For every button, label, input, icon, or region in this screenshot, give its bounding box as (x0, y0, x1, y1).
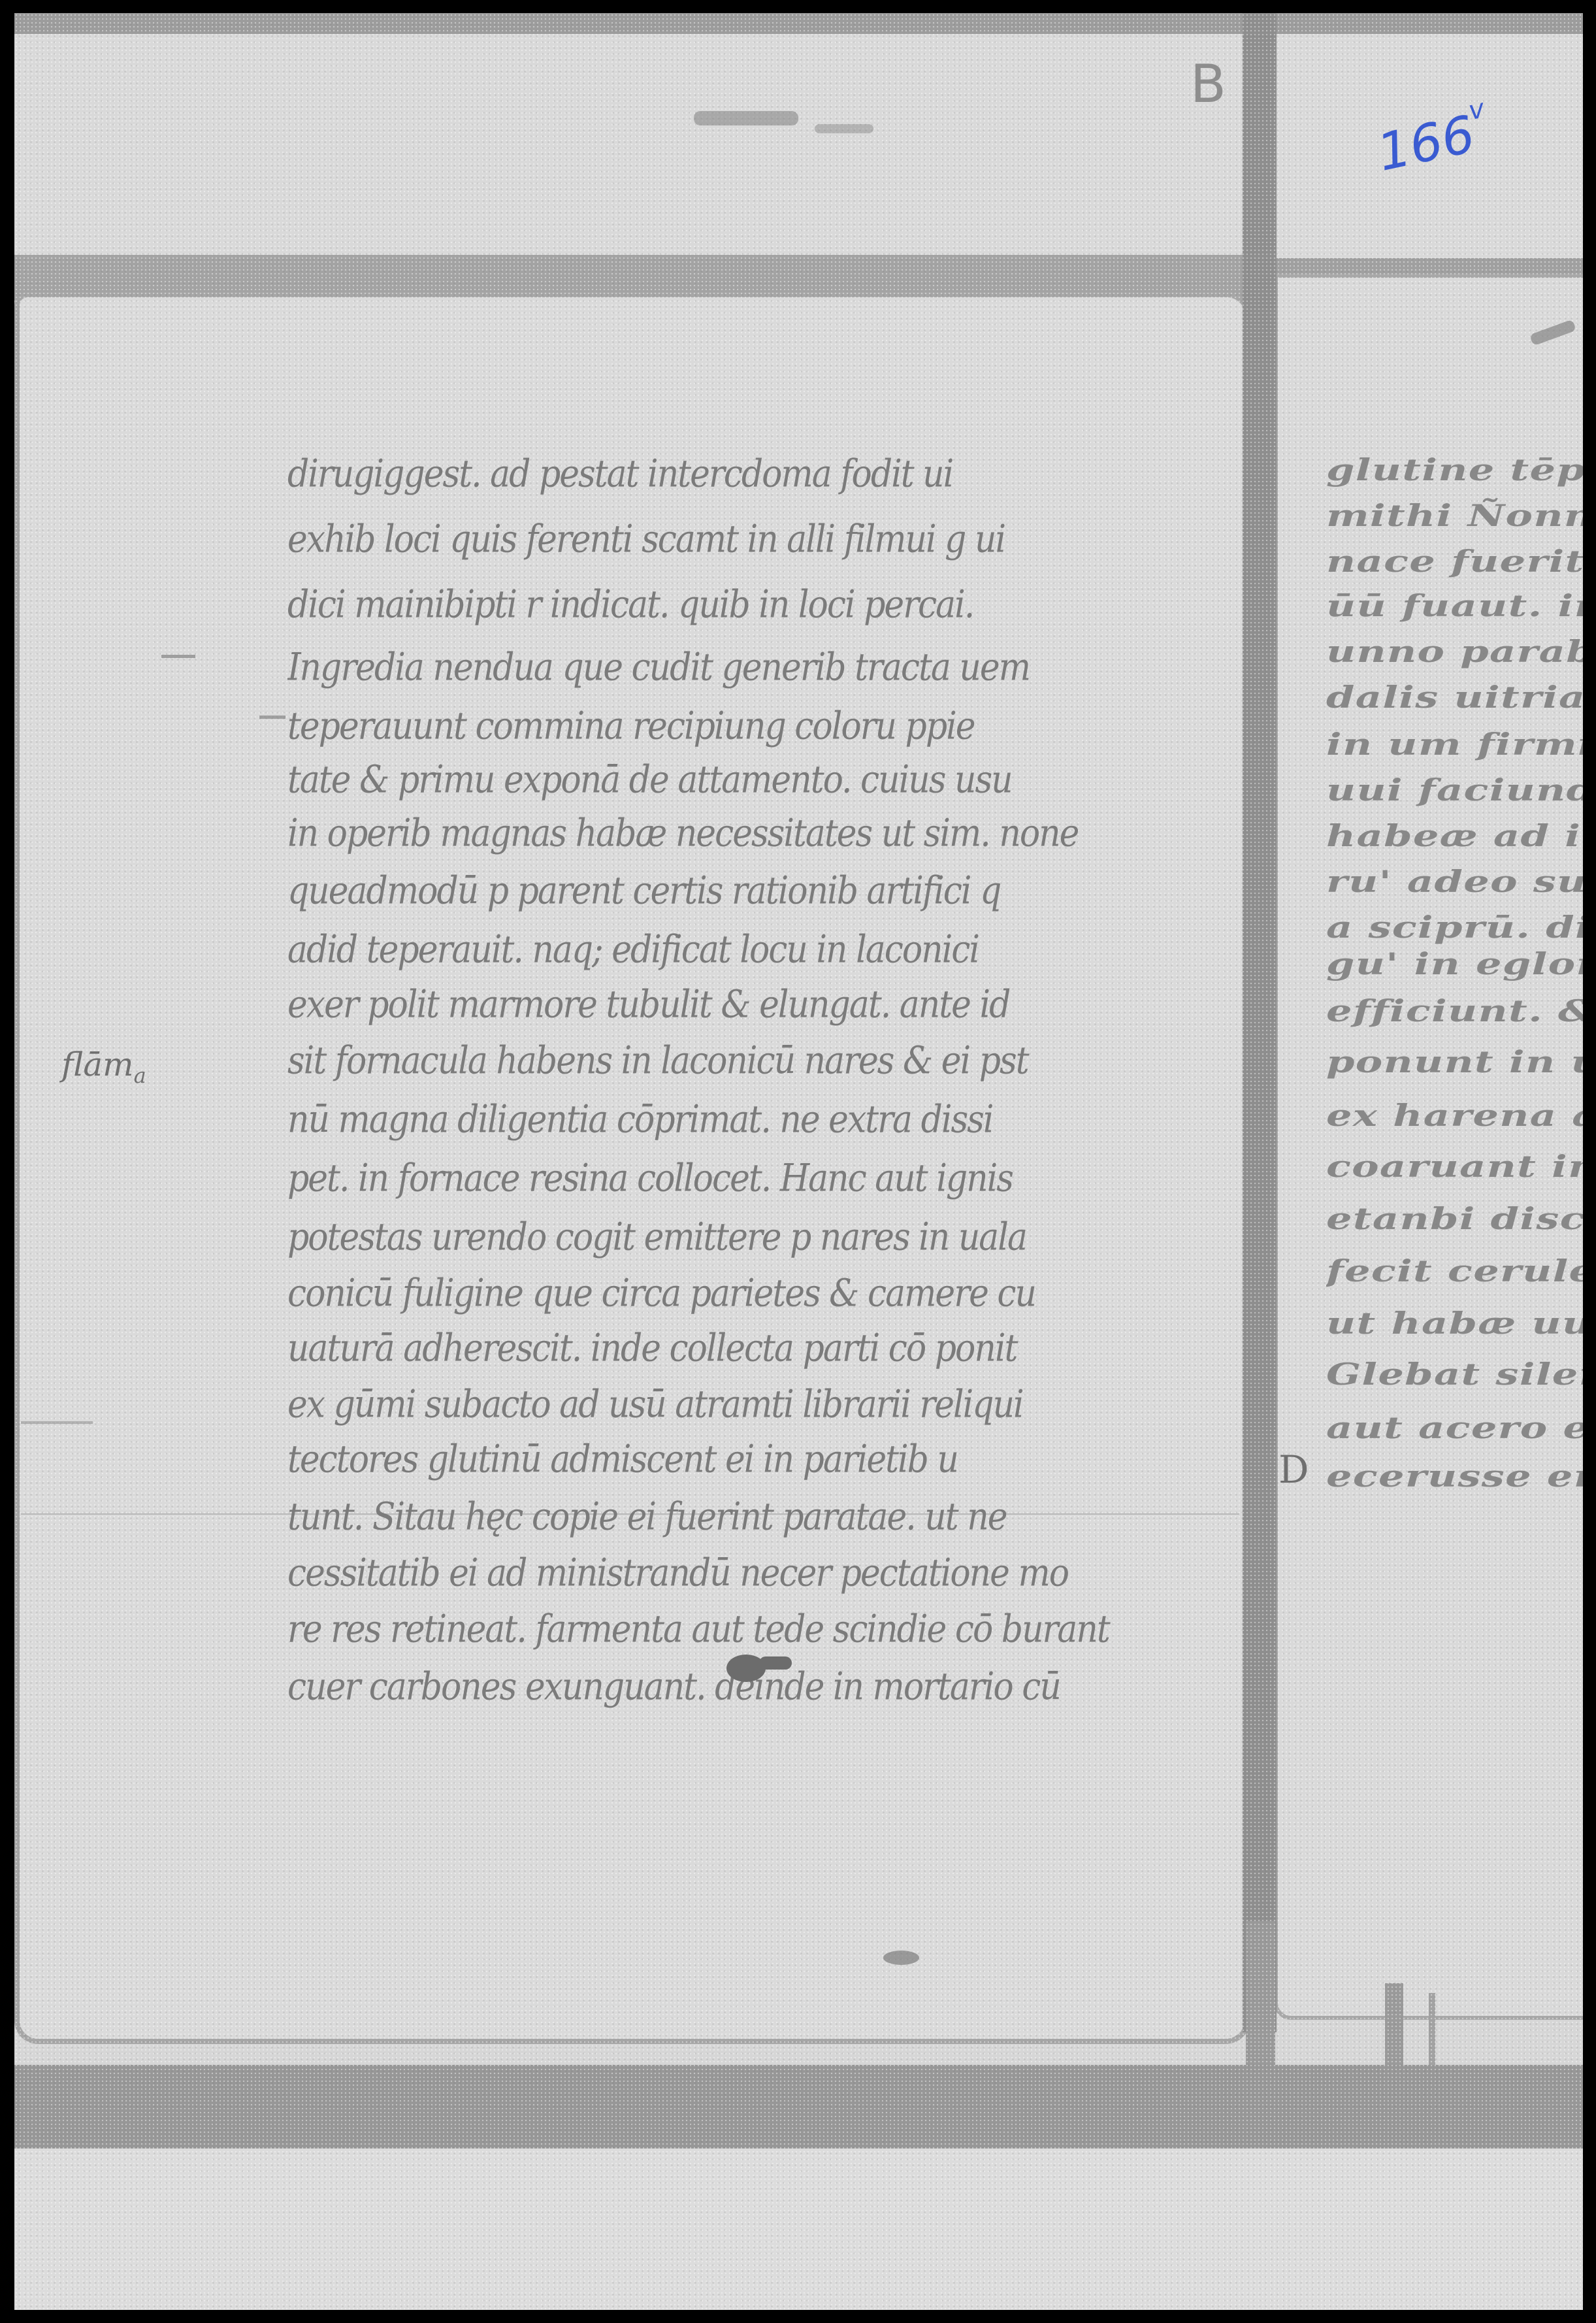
text-line-20: cessitatib ei ad ministrandū necer pecta… (287, 1551, 1251, 1610)
text-line-15: conicū fuligine que circa parietes & cam… (287, 1272, 1251, 1330)
text-line-4: Ingredia nendua que cudit generib tracta… (287, 646, 1251, 704)
text-line-5: teperauunt commina recipiung coloru ppie (287, 704, 1251, 763)
right-text-line-5: unno parabit ñ (1326, 634, 1583, 673)
right-text-line-6: dalis uitriart (1326, 680, 1583, 719)
right-text-line-18: fecit ceruleu (1326, 1253, 1583, 1293)
right-text-line-8: uui faciund (1326, 772, 1583, 812)
text-line-22: cuer carbones exunguant. deinde in morta… (287, 1665, 1251, 1724)
right-text-line-13: efficiunt. & t (1326, 993, 1583, 1032)
text-line-19: tunt. Sitau hęc copie ei fuerint paratae… (287, 1495, 1251, 1554)
text-line-11: sit fornacula habens in laconicū nares &… (287, 1039, 1251, 1098)
margin-annotation-sub: a (134, 1063, 146, 1088)
text-line-2: exhib loci quis ferenti scamt in alli fi… (287, 518, 1251, 576)
ink-smudge (694, 111, 798, 125)
signature-letter: B (1190, 54, 1226, 114)
right-text-line-4: ūū fuaut. inst (1326, 588, 1583, 627)
ink-blot (759, 1656, 792, 1670)
ink-smudge (815, 124, 873, 133)
right-text-line-10: ru' adeo subul (1326, 864, 1583, 903)
right-text-line-12: gu' in eglomer (1326, 946, 1583, 985)
right-text-line-21: aut acero eu (1326, 1410, 1583, 1449)
margin-annotation-text: flām (61, 1046, 134, 1083)
right-text-line-1: glutine tēpcrat (1326, 452, 1583, 491)
text-line-8: queadmodū p parent certis rationib artif… (287, 869, 1251, 928)
text-line-10: exer polit marmore tubulit & elungat. an… (287, 983, 1251, 1042)
margin-dash (161, 655, 195, 658)
fold-line (21, 1513, 1239, 1515)
right-text-line-17: etanbi discedu (1326, 1201, 1583, 1240)
text-line-9: adid teperauit. naq; edificat locu in la… (287, 928, 1251, 987)
right-text-line-3: nace fuerit. &e (1326, 544, 1583, 583)
margin-dash (259, 716, 285, 719)
right-text-line-14: ponunt in uro (1326, 1044, 1583, 1083)
right-text-line-9: habeæ ad immi (1326, 818, 1583, 857)
text-line-17: ex gūmi subacto ad usū atramti librarii … (287, 1383, 1251, 1442)
text-line-7: in operib magnas habæ necessitates ut si… (287, 812, 1251, 870)
margin-annotation: flāma (61, 1046, 146, 1088)
margin-rule (21, 1421, 93, 1424)
right-text-line-2: mithi Ñonnu (1326, 498, 1583, 537)
right-margin-initial: D (1278, 1447, 1309, 1492)
right-text-line-22: ecerusse erug (1326, 1458, 1583, 1498)
right-text-line-16: coaruant in te (1326, 1149, 1583, 1188)
scanned-page: B 166v flāma dirugiggest. ad pestat inte… (14, 13, 1583, 2310)
text-line-14: potestas urendo cogit emittere p nares i… (287, 1215, 1251, 1274)
text-line-13: pet. in fornace resina collocet. Hanc au… (287, 1157, 1251, 1215)
right-text-line-11: a sciprū. dimit (1326, 910, 1583, 949)
right-text-line-15: ex harena abig (1326, 1098, 1583, 1137)
ink-speck (883, 1951, 919, 1965)
right-text-line-20: Glebat siler bo (1326, 1357, 1583, 1396)
text-line-18: tectores glutinū admiscent ei in parieti… (287, 1438, 1251, 1496)
text-line-16: uaturā adherescit. inde collecta parti c… (287, 1326, 1251, 1385)
text-line-1: dirugiggest. ad pestat intercdoma fodit … (287, 452, 1251, 511)
right-text-line-7: in um firmient (1326, 727, 1583, 766)
text-line-3: dici mainibipti r indicat. quib in loci … (287, 583, 1251, 642)
text-line-12: nū magna diligentia cōprimat. ne extra d… (287, 1098, 1251, 1157)
text-line-6: tate & primu exponā de attamento. cuius … (287, 758, 1251, 817)
right-text-line-19: ut habæ uuli (1326, 1306, 1583, 1345)
